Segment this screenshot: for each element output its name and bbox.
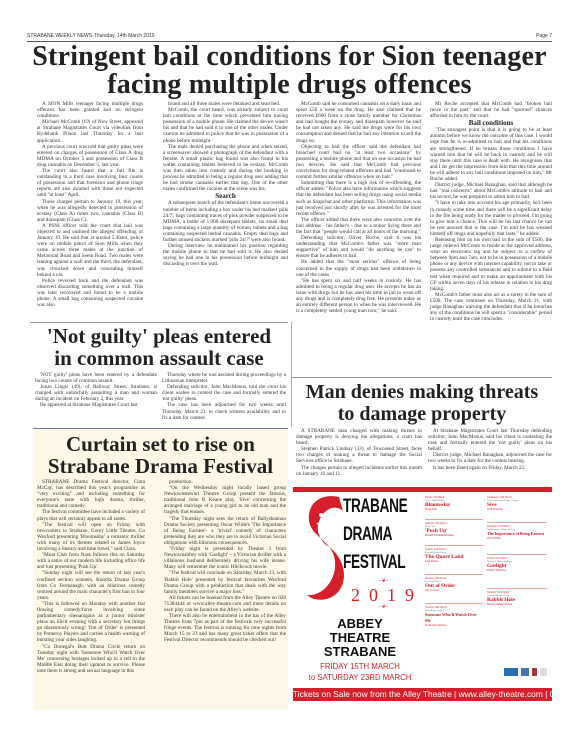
story2-headline-line1: 'Not guilty' pleas entered	[30, 326, 288, 347]
drama-festival-advert: TRABANE DRAMA FESTIVAL ~❦~ 2019 ~❦~ ABBE…	[293, 487, 552, 712]
advert-title-line2: DRAMA	[343, 525, 392, 545]
advert-venue-line2: THEATRE	[297, 631, 423, 644]
story4-headline-line2: Strabane Drama Festival	[33, 455, 288, 477]
story4-column-2: production. "On the Wednesday night loca…	[164, 479, 286, 644]
story1-headline-line2: facing multiple drugs offences	[27, 71, 552, 99]
story3-headline-line1: Man denies making threats	[292, 382, 552, 403]
story4-headline-line1: Curtain set to rise on	[33, 433, 288, 455]
story4-column-1: STRABANE Drama Festival director, Ciara …	[37, 479, 145, 674]
advert-year: 2019	[351, 585, 423, 606]
listing-item: Wednesday 20th March Newtownstewart Thea…	[487, 496, 547, 523]
theatre-masks-s-logo-icon	[299, 491, 347, 606]
advert-listings-right: Wednesday 20th March Newtownstewart Thea…	[487, 496, 547, 607]
story1-headline-line1: Stringent bail conditions for Sion teena…	[27, 43, 552, 71]
advert-title-line1: TRABANE	[343, 497, 407, 517]
story1-column-1: A SION Mills teenager facing multiple dr…	[37, 101, 143, 308]
advert-venue-line1: ABBEY	[297, 617, 423, 630]
advert-dates-line1: FRIDAY 15TH MARCH	[297, 662, 423, 672]
arts-council-logo-icon	[504, 668, 518, 676]
story3-headline-line2: to damage property	[292, 404, 552, 425]
listing-item: Friday 22nd March Theatre 3 Newtownabbey…	[487, 557, 547, 589]
listing-item: Thursday 21st March Ballyshannon Drama S…	[487, 525, 547, 555]
bail-conditions-subhead: Bail conditions	[430, 119, 552, 127]
story2-top-rule	[30, 322, 288, 323]
publication-date: STRABANE WEEKLY NEWS-Thursday, 14th Marc…	[27, 33, 155, 39]
listing-item: Saturday 23rd March Wexford Drama Group …	[487, 591, 547, 607]
sponsor-logo-icon	[532, 668, 537, 676]
sponsor-logo-icon	[540, 668, 547, 676]
ornament-divider-icon: ~❦~	[379, 578, 389, 584]
story2-headline-line2: in common assault case	[30, 348, 288, 369]
story3-top-rule	[292, 377, 552, 378]
tickets-banner: Tickets on Sale now from the Alley Theat…	[293, 688, 552, 701]
story3-column-1: A STRABANE man charged with making threa…	[296, 428, 422, 477]
story4-top-rule	[33, 428, 288, 429]
page-number: Page 7	[536, 33, 552, 39]
story2-column-2: Thursday where he was assisted during pr…	[162, 372, 286, 421]
story1-column-3: McComb said he consumed cannabis on a da…	[296, 101, 421, 314]
story2-column-1: 'NOT guilty' pleas have been entered by …	[35, 372, 157, 409]
advert-listings-left: Friday 15th March Gorey Little Theatre B…	[425, 496, 483, 627]
listing-item: Tuesday 19th March Butt Drama Circle Som…	[425, 606, 483, 628]
story3-column-2: At Strabane Magistrates Court last Thurs…	[428, 428, 552, 471]
advert-dates-line2: to SATURDAY 23RD MARCH	[297, 673, 423, 683]
listing-item: Sunday 17th March Knocks Drama Group The…	[425, 548, 483, 575]
sponsor-logos	[504, 668, 547, 676]
listing-item: Saturday 16th March Moat Club 'Push Up' …	[425, 522, 483, 546]
advert-venue-line3: STRABANE	[297, 645, 423, 658]
ornament-divider-icon: ~❦~	[379, 604, 389, 610]
advert-title-line3: FESTIVAL	[343, 553, 405, 573]
story1-column-2: found and all three males were detained …	[163, 101, 288, 267]
council-logo-icon	[521, 668, 529, 676]
listing-item: Monday 18th March Pomeroy Players Out of…	[425, 577, 483, 604]
masthead: STRABANE WEEKLY NEWS-Thursday, 14th Marc…	[27, 32, 552, 41]
listing-item: Friday 15th March Gorey Little Theatre B…	[425, 496, 483, 520]
story1-column-4: Mr Roche accepted that McComb had "broke…	[430, 101, 552, 322]
